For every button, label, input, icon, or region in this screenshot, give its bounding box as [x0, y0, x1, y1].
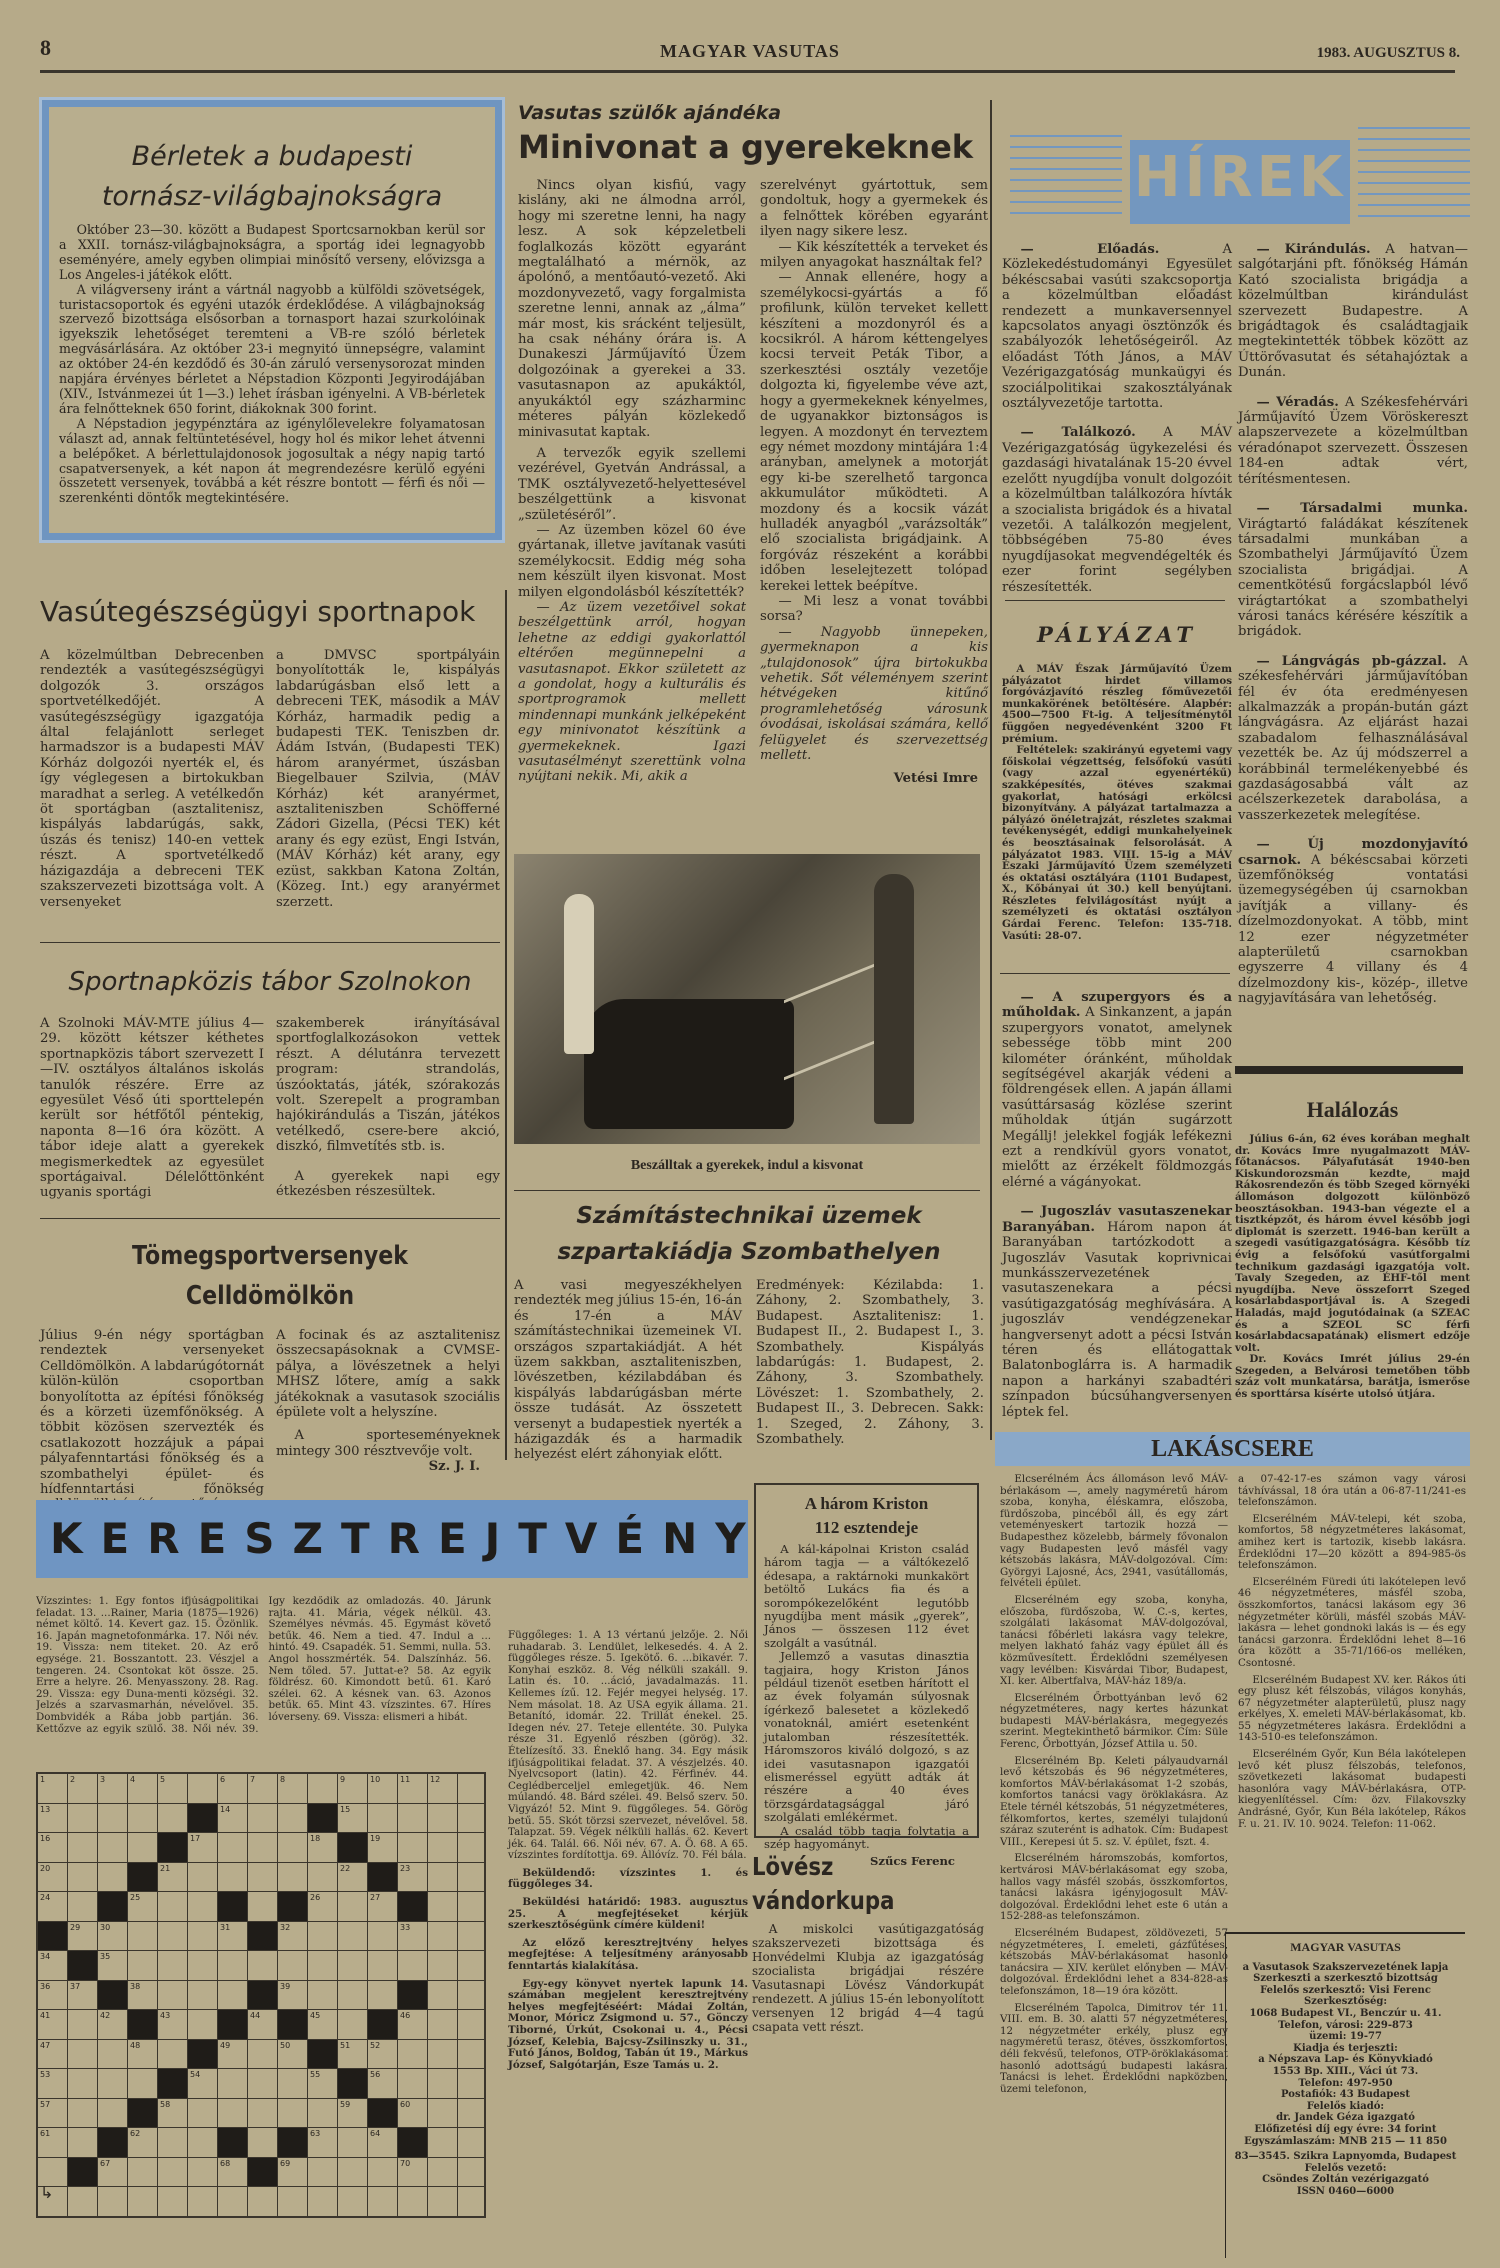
crossword-cell[interactable] — [188, 1922, 218, 1952]
crossword-cell[interactable] — [428, 1951, 458, 1981]
news-text: A MÁV Vezérigazgatóság ügykezelési és ga… — [1002, 425, 1232, 594]
crossword-cell[interactable]: 12 — [428, 1774, 458, 1804]
crossword-cell[interactable] — [248, 2128, 278, 2158]
crossword-cell[interactable] — [278, 1951, 308, 1981]
crossword-cell[interactable] — [68, 1804, 98, 1834]
news-item: — Jugoszláv vasutaszenekar Baranyában. H… — [1002, 1204, 1232, 1420]
crossword-cell[interactable] — [158, 1981, 188, 2011]
crossword-cell[interactable] — [188, 2099, 218, 2129]
crossword-cell[interactable] — [68, 2187, 98, 2217]
crossword-cell[interactable] — [68, 2099, 98, 2129]
crossword-cell[interactable] — [458, 2040, 486, 2070]
crossword-cell[interactable]: 22 — [338, 1863, 368, 1893]
crossword-cell[interactable] — [158, 2187, 188, 2217]
article-kriston: A három Kriston 112 esztendeje A kál-káp… — [754, 1483, 979, 1838]
impresszum-line: Postafiók: 43 Budapest — [1232, 2089, 1459, 2101]
crossword-cell[interactable]: 51 — [338, 2040, 368, 2070]
crossword-cell[interactable] — [248, 2187, 278, 2217]
decor-stripes — [1358, 118, 1470, 218]
crossword-cell[interactable] — [398, 1833, 428, 1863]
paragraph: szerelvényt gyártottuk, sem gondoltuk, h… — [760, 178, 988, 240]
crossword-cell[interactable] — [188, 2158, 218, 2188]
paragraph: A kál-kápolnai Kriston család három tagj… — [764, 1543, 969, 1650]
crossword-cell[interactable] — [248, 2069, 278, 2099]
crossword-cell[interactable] — [98, 2069, 128, 2099]
previous-solution: Az előző keresztrejtvény helyes megfejté… — [508, 1938, 748, 1973]
crossword-cell[interactable] — [458, 2099, 486, 2129]
crossword-cell[interactable]: 9 — [338, 1774, 368, 1804]
crossword-black-cell — [68, 1951, 98, 1981]
crossword-cell[interactable] — [188, 1774, 218, 1804]
crossword-cell[interactable] — [158, 1804, 188, 1834]
crossword-cell[interactable]: 18 — [308, 1833, 338, 1863]
crossword-cell[interactable] — [278, 2187, 308, 2217]
lakascsere-column-1: Elcserélném Ács állomáson levő MÁV-bérla… — [1000, 1474, 1228, 2095]
crossword-cell[interactable] — [308, 1951, 338, 1981]
crossword-cell[interactable] — [248, 2040, 278, 2070]
crossword-cell[interactable] — [398, 2040, 428, 2070]
crossword-cell[interactable] — [458, 1774, 486, 1804]
lakascsere-banner: LAKÁSCSERE — [995, 1432, 1470, 1466]
column-2: A focinak és az asztalitenisz összecsapá… — [276, 1328, 500, 1420]
crossword-cell[interactable]: 60 — [398, 2099, 428, 2129]
crossword-cell[interactable]: 45 — [308, 2010, 338, 2040]
crossword-cell[interactable] — [68, 2069, 98, 2099]
news-head: — Társadalmi munka. — [1256, 501, 1468, 516]
paragraph: A tervezők egyik szellemi vezérével, Gye… — [518, 446, 746, 523]
crossword-cell[interactable]: 36 — [38, 1981, 68, 2011]
crossword-cell[interactable]: 2 — [68, 1774, 98, 1804]
hirek-column-2: — Kirándulás. A hatvan—salgótarjáni pft.… — [1238, 242, 1468, 1007]
hirek-banner: HÍREK — [1000, 110, 1480, 230]
divider — [40, 942, 500, 943]
crossword-cell[interactable]: 25 — [128, 1892, 158, 1922]
crossword-cell[interactable] — [458, 2128, 486, 2158]
crossword-cell[interactable] — [428, 2158, 458, 2188]
crossword-cell[interactable]: 7 — [248, 1774, 278, 1804]
crossword-cell[interactable]: 48 — [128, 2040, 158, 2070]
crossword-cell[interactable] — [128, 2187, 158, 2217]
crossword-cell[interactable]: 14 — [218, 1804, 248, 1834]
byline: Sz. J. I. — [276, 1459, 480, 1474]
impresszum-line: Kiadja és terjeszti: — [1232, 2043, 1459, 2055]
crossword-cell[interactable] — [428, 1922, 458, 1952]
crossword-black-cell — [338, 1833, 368, 1863]
crossword-cell[interactable] — [98, 1833, 128, 1863]
impresszum-line: ISSN 0460—6000 — [1232, 2186, 1459, 2198]
crossword-cell[interactable] — [248, 2099, 278, 2129]
crossword-cell[interactable]: 49 — [218, 2040, 248, 2070]
impresszum-line: Szerkesztőség: — [1232, 1996, 1459, 2008]
crossword-cell[interactable]: 20 — [38, 1863, 68, 1893]
paragraph: Feltételek: szakirányú egyetemi vagy fői… — [1002, 745, 1232, 942]
crossword-cell[interactable] — [458, 2187, 486, 2217]
column-2: a DMVSC sportpályáin bonyolították le, k… — [276, 648, 500, 910]
crossword-cell[interactable] — [68, 2040, 98, 2070]
crossword-cell[interactable]: 41 — [38, 2010, 68, 2040]
crossword-black-cell — [128, 2010, 158, 2040]
clues-fuggoleges-col: Függőleges: 1. A 13 vértanú jelzője. 2. … — [508, 1630, 748, 2071]
paragraph: Július 6-án, 62 éves korában meghalt dr.… — [1235, 1134, 1470, 1354]
crossword-cell[interactable]: 6 — [218, 1774, 248, 1804]
clues-text: Vízszintes: 1. Egy fontos ifjúságpolitik… — [36, 1596, 491, 1735]
crossword-cell[interactable] — [218, 2187, 248, 2217]
crossword-cell[interactable]: 33 — [398, 1922, 428, 1952]
impresszum-line: Felelős szerkesztő: Visi Ferenc — [1232, 1985, 1459, 1997]
crossword-cell[interactable] — [248, 1863, 278, 1893]
article-palyazat: PÁLYÁZAT A MÁV Észak Járműjavító Üzem pá… — [1002, 618, 1232, 942]
crossword-cell[interactable] — [368, 1981, 398, 2011]
crossword-black-cell — [38, 1922, 68, 1952]
paragraph: — Kik készítették a terveket és milyen a… — [760, 240, 988, 271]
crossword-cell[interactable]: 32 — [278, 1922, 308, 1952]
crossword-cell[interactable] — [218, 2099, 248, 2129]
crossword-black-cell — [278, 2128, 308, 2158]
crossword-cell[interactable] — [398, 1951, 428, 1981]
crossword-black-cell — [338, 2069, 368, 2099]
news-head: — Lángvágás pb-gázzal. — [1256, 654, 1446, 669]
person-silhouette — [564, 894, 594, 1054]
byline: Vetési Imre — [760, 771, 978, 786]
crossword-cell[interactable] — [98, 1863, 128, 1893]
crossword-cell[interactable]: 50 — [278, 2040, 308, 2070]
crossword-black-cell — [398, 2128, 428, 2158]
crossword-cell[interactable] — [158, 1951, 188, 1981]
crossword-cell[interactable] — [68, 2010, 98, 2040]
article-lovesz: Lövész vándorkupa A miskolci vasútigazga… — [752, 1850, 984, 2034]
crossword-cell[interactable] — [128, 1833, 158, 1863]
crossword-cell[interactable]: 61 — [38, 2128, 68, 2158]
hirek-column-1: — Előadás. A Közlekedéstudományi Egyesül… — [1002, 242, 1232, 595]
crossword-cell[interactable] — [428, 1863, 458, 1893]
crossword-cell[interactable] — [458, 1863, 486, 1893]
headline: Vasútegészségügyi sportnapok — [40, 590, 500, 634]
crossword-cell[interactable] — [188, 1892, 218, 1922]
crossword-cell[interactable] — [308, 2187, 338, 2217]
crossword-cell[interactable] — [128, 1922, 158, 1952]
crossword-cell[interactable] — [188, 1981, 218, 2011]
crossword-cell[interactable]: 15 — [338, 1804, 368, 1834]
crossword-cell[interactable]: 46 — [398, 2010, 428, 2040]
masthead-rule — [40, 70, 1455, 73]
news-item: — Találkozó. A MÁV Vezérigazgatóság ügyk… — [1002, 425, 1232, 594]
paragraph: Nincs olyan kisfiú, vagy kislány, aki ne… — [518, 178, 746, 440]
crossword-cell[interactable] — [458, 1892, 486, 1922]
crossword-cell[interactable] — [68, 1892, 98, 1922]
crossword-cell[interactable]: 34 — [38, 1951, 68, 1981]
crossword-cell[interactable] — [398, 2069, 428, 2099]
crossword-cell[interactable] — [278, 2069, 308, 2099]
deadline-note: Beküldési határidő: 1983. augusztus 25. … — [508, 1897, 748, 1932]
crossword-cell[interactable]: 57 — [38, 2099, 68, 2129]
crossword-cell[interactable]: 53 — [38, 2069, 68, 2099]
crossword-cell[interactable] — [128, 2158, 158, 2188]
news-text: Virágtartó faládákat készítenek társadal… — [1238, 517, 1468, 640]
crossword-cell[interactable]: 55 — [308, 2069, 338, 2099]
crossword-cell[interactable]: ↳ — [38, 2187, 68, 2217]
crossword-cell[interactable] — [338, 2158, 368, 2188]
clues-fuggoleges: Függőleges: 1. A 13 vértanú jelzője. 2. … — [508, 1630, 748, 1862]
crossword-cell[interactable] — [188, 2010, 218, 2040]
crossword-cell[interactable]: 58 — [158, 2099, 188, 2129]
crossword-cell[interactable]: 27 — [368, 1892, 398, 1922]
crossword-cell[interactable]: 62 — [128, 2128, 158, 2158]
crossword-cell[interactable]: 43 — [158, 2010, 188, 2040]
article-tabor: Sportnapközis tábor Szolnokon A Szolnoki… — [40, 962, 500, 1201]
crossword-cell[interactable] — [458, 1833, 486, 1863]
locomotive-shape — [584, 999, 794, 1129]
news-text: A hatvan—salgótarjáni pft. főnökség Hámá… — [1238, 242, 1468, 380]
crossword-cell[interactable] — [188, 1863, 218, 1893]
crossword-cell[interactable] — [338, 1951, 368, 1981]
crossword-cell[interactable]: 10 — [368, 1774, 398, 1804]
crossword-cell[interactable] — [278, 2099, 308, 2129]
crossword-black-cell — [188, 2040, 218, 2070]
news-head: — Találkozó. — [1020, 425, 1135, 440]
column-1: A vasi megyeszékhelyen rendezték meg júl… — [514, 1278, 742, 1463]
crossword-cell[interactable] — [398, 1804, 428, 1834]
news-head: — Kirándulás. — [1256, 242, 1370, 257]
crossword-cell[interactable] — [68, 1833, 98, 1863]
crossword-cell[interactable]: 64 — [368, 2128, 398, 2158]
crossword-cell[interactable] — [428, 2040, 458, 2070]
crossword-cell[interactable]: 29 — [68, 1922, 98, 1952]
crossword-cell[interactable] — [248, 1804, 278, 1834]
headline: Tömegsportversenyek Celldömölkön — [75, 1236, 466, 1316]
crossword-cell[interactable] — [98, 2040, 128, 2070]
crossword-cell[interactable] — [158, 1922, 188, 1952]
crossword-cell[interactable]: 37 — [68, 1981, 98, 2011]
crossword-cell[interactable] — [98, 2099, 128, 2129]
headline-line1: A három Kriston — [764, 1493, 969, 1515]
article-szamitastechnika: Számítástechnikai üzemek szpartakiádja S… — [514, 1198, 984, 1463]
crossword-black-cell — [218, 2128, 248, 2158]
crossword-cell[interactable] — [368, 1804, 398, 1834]
news-head: — Előadás. — [1020, 242, 1159, 257]
crossword-cell[interactable] — [428, 2099, 458, 2129]
crossword-cell[interactable] — [368, 1922, 398, 1952]
kicker: Vasutas szülők ajándéka — [518, 100, 988, 126]
crossword-cells[interactable]: 1234567891011121314151617181920212223242… — [36, 1772, 486, 2218]
crossword-cell[interactable] — [308, 2158, 338, 2188]
crossword-cell[interactable] — [188, 1951, 218, 1981]
crossword-cell[interactable] — [98, 2187, 128, 2217]
news-item: — Társadalmi munka. Virágtartó faládákat… — [1238, 501, 1468, 640]
crossword-cell[interactable]: 68 — [218, 2158, 248, 2188]
crossword-cell[interactable]: 8 — [278, 1774, 308, 1804]
crossword-cell[interactable] — [68, 1863, 98, 1893]
crossword-cell[interactable]: 69 — [278, 2158, 308, 2188]
crossword-black-cell — [128, 2099, 158, 2129]
crossword-cell[interactable]: 35 — [98, 1951, 128, 1981]
page-number: 8 — [40, 40, 51, 55]
paragraph: Október 23—30. között a Budapest Sportcs… — [59, 223, 485, 283]
crossword-black-cell — [278, 1892, 308, 1922]
crossword-cell[interactable]: 30 — [98, 1922, 128, 1952]
crossword-cell[interactable]: 47 — [38, 2040, 68, 2070]
crossword-cell[interactable] — [458, 2069, 486, 2099]
crossword-cell[interactable] — [218, 1981, 248, 2011]
news-item: — Lángvágás pb-gázzal. A székesfehérvári… — [1238, 654, 1468, 823]
crossword-cell[interactable] — [218, 1833, 248, 1863]
crossword-cell[interactable] — [368, 2187, 398, 2217]
impresszum-line: üzemi: 19-77 — [1232, 2031, 1459, 2043]
news-item: — A szupergyors és a műholdak. A Sinkanz… — [1002, 990, 1232, 1190]
impresszum-line: Előfizetési díj egy évre: 34 forint — [1232, 2124, 1459, 2136]
crossword-cell[interactable]: 44 — [248, 2010, 278, 2040]
crossword-cell[interactable]: 38 — [128, 1981, 158, 2011]
crossword-cell[interactable] — [158, 2040, 188, 2070]
article-sportnapok: Vasútegészségügyi sportnapok A közelmúlt… — [40, 590, 500, 910]
crossword-cell[interactable] — [458, 1804, 486, 1834]
crossword-cell[interactable]: 52 — [368, 2040, 398, 2070]
crossword-black-cell — [158, 1833, 188, 1863]
crossword-cell[interactable]: 17 — [188, 1833, 218, 1863]
crossword-cell[interactable] — [278, 1804, 308, 1834]
crossword-cell[interactable]: 13 — [38, 1804, 68, 1834]
crossword-cell[interactable] — [338, 2128, 368, 2158]
crossword-cell[interactable] — [338, 2010, 368, 2040]
headline-line2: tornász-világbajnokságra — [59, 177, 485, 217]
crossword-cell[interactable]: 67 — [98, 2158, 128, 2188]
crossword-cell[interactable] — [98, 1804, 128, 1834]
decor-stripes — [1010, 126, 1122, 216]
crossword-cell[interactable]: 23 — [398, 1863, 428, 1893]
crossword-cell[interactable]: 26 — [308, 1892, 338, 1922]
crossword-cell[interactable] — [458, 2158, 486, 2188]
impresszum-line: a Népszava Lap- és Könyvkiadó — [1232, 2054, 1459, 2066]
ad-item: Elcserélném Budapest XV. ker. Rákos úti … — [1238, 1675, 1466, 1745]
headline: Halálozás — [1235, 1090, 1470, 1130]
crossword-cell[interactable] — [278, 1863, 308, 1893]
crossword-black-cell — [368, 2010, 398, 2040]
ad-item: Elcserélném Őrbottyánban levő 62 négyzet… — [1000, 1693, 1228, 1751]
crossword-cell[interactable] — [278, 1833, 308, 1863]
crossword-cell[interactable] — [128, 1804, 158, 1834]
crossword-cell[interactable] — [458, 1981, 486, 2011]
crossword-black-cell — [98, 2128, 128, 2158]
crossword-cell[interactable] — [158, 2128, 188, 2158]
ad-item: Elcserélném Budapest, zöldövezeti, 57 né… — [1000, 1928, 1228, 1998]
crossword-cell[interactable]: 11 — [398, 1774, 428, 1804]
ad-item: Elcserélném Tapolca, Dimitrov tér 11. VI… — [1000, 2003, 1228, 2096]
crossword-cell[interactable] — [428, 2069, 458, 2099]
impresszum-line: 1553 Bp. XIII., Váci út 73. — [1232, 2066, 1459, 2078]
crossword-cell[interactable]: 1 — [38, 1774, 68, 1804]
crossword-cell[interactable] — [428, 1833, 458, 1863]
crossword-black-cell — [188, 1804, 218, 1834]
ad-item: Elcserélném Ács állomáson levő MÁV-bérla… — [1000, 1474, 1228, 1590]
crossword-black-cell — [278, 2010, 308, 2040]
crossword-cell[interactable] — [368, 2158, 398, 2188]
crossword-cell[interactable] — [218, 1863, 248, 1893]
article-celldomolk: Tömegsportversenyek Celldömölkön Július … — [40, 1236, 500, 1513]
crossword-cell[interactable]: 24 — [38, 1892, 68, 1922]
news-item: — Új mozdonyjavító csarnok. A békéscsaba… — [1238, 837, 1468, 1006]
crossword-cell[interactable]: 39 — [278, 1981, 308, 2011]
crossword-cell[interactable] — [428, 2010, 458, 2040]
crossword-cell[interactable] — [338, 1892, 368, 1922]
crossword-cell[interactable] — [218, 2069, 248, 2099]
crossword-cell[interactable]: 59 — [338, 2099, 368, 2129]
crossword-cell[interactable]: 3 — [98, 1774, 128, 1804]
crossword-cell[interactable] — [308, 1863, 338, 1893]
crossword-cell[interactable]: 70 — [398, 2158, 428, 2188]
crossword-black-cell — [398, 1892, 428, 1922]
headline-line1: Számítástechnikai üzemek — [514, 1198, 984, 1234]
crossword-cell[interactable]: 63 — [308, 2128, 338, 2158]
impresszum-line: a Vasutasok Szakszervezetének lapja — [1232, 1962, 1459, 1974]
crossword-cell[interactable] — [188, 2128, 218, 2158]
crossword-cell[interactable] — [368, 1951, 398, 1981]
crossword-cell[interactable] — [188, 2187, 218, 2217]
paragraph: — Nagyobb ünnepeken, gyermeknapon a kis … — [760, 625, 988, 764]
impresszum-title: MAGYAR VASUTAS — [1232, 1942, 1459, 1954]
crossword-cell[interactable] — [68, 2128, 98, 2158]
crossword-cell[interactable] — [128, 2069, 158, 2099]
crossword-cell[interactable] — [428, 1892, 458, 1922]
crossword-cell[interactable]: 16 — [38, 1833, 68, 1863]
crossword-cell[interactable] — [428, 2187, 458, 2217]
crossword-cell[interactable] — [338, 2187, 368, 2217]
crossword-cell[interactable] — [128, 1951, 158, 1981]
crossword-cell[interactable] — [338, 1981, 368, 2011]
crossword-cell[interactable]: 31 — [218, 1922, 248, 1952]
crossword-cell[interactable]: 42 — [98, 2010, 128, 2040]
crossword-cell[interactable] — [248, 1892, 278, 1922]
crossword-cell[interactable] — [248, 1951, 278, 1981]
news-item: — Előadás. A Közlekedéstudományi Egyesül… — [1002, 242, 1232, 411]
column-divider — [990, 100, 992, 1440]
issue-date: 1983. AUGUSZTUS 8. — [1317, 46, 1460, 61]
crossword-cell[interactable] — [428, 1804, 458, 1834]
ad-item: Elcserélném Füredi úti lakótelepen levő … — [1238, 1577, 1466, 1670]
impresszum-line: dr. Jandek Géza igazgató — [1232, 2112, 1459, 2124]
crossword-cell[interactable] — [458, 1922, 486, 1952]
crossword-cell[interactable]: 56 — [368, 2069, 398, 2099]
crossword-cell[interactable] — [218, 1951, 248, 1981]
crossword-cell[interactable] — [338, 1922, 368, 1952]
crossword-black-cell — [248, 1922, 278, 1952]
crossword-cell[interactable] — [158, 1892, 188, 1922]
crossword-cell[interactable] — [398, 2187, 428, 2217]
article-minivonat: Vasutas szülők ajándéka Minivonat a gyer… — [518, 100, 988, 787]
crossword-cell[interactable] — [458, 2010, 486, 2040]
crossword-cell[interactable] — [308, 1774, 338, 1804]
crossword-cell[interactable]: 54 — [188, 2069, 218, 2099]
impresszum-line: 1068 Budapest VI., Benczúr u. 41. — [1232, 2008, 1459, 2020]
headline: Lövész vándorkupa — [752, 1850, 949, 1918]
crossword-cell[interactable]: 4 — [128, 1774, 158, 1804]
photo-caption: Beszálltak a gyerekek, indul a kisvonat — [514, 1158, 980, 1173]
crossword-cell[interactable] — [248, 1833, 278, 1863]
crossword-cell[interactable] — [308, 1922, 338, 1952]
crossword-grid[interactable]: 1234567891011121314151617181920212223242… — [36, 1772, 486, 2218]
crossword-cell[interactable] — [428, 1981, 458, 2011]
crossword-cell[interactable] — [308, 2099, 338, 2129]
crossword-cell[interactable] — [458, 1951, 486, 1981]
crossword-cell[interactable] — [428, 2128, 458, 2158]
crossword-cell[interactable] — [308, 1981, 338, 2011]
winners: Egy-egy könyvet nyertek lapunk 14. számá… — [508, 1979, 748, 2072]
crossword-cell[interactable]: 5 — [158, 1774, 188, 1804]
news-head: — Véradás. — [1256, 395, 1338, 410]
headline: Minivonat a gyerekeknek — [518, 126, 988, 168]
masthead: 8 MAGYAR VASUTAS 1983. AUGUSZTUS 8. — [40, 40, 1500, 70]
crossword-cell[interactable]: 19 — [368, 1833, 398, 1863]
crossword-cell[interactable] — [158, 2158, 188, 2188]
crossword-cell[interactable]: 21 — [158, 1863, 188, 1893]
